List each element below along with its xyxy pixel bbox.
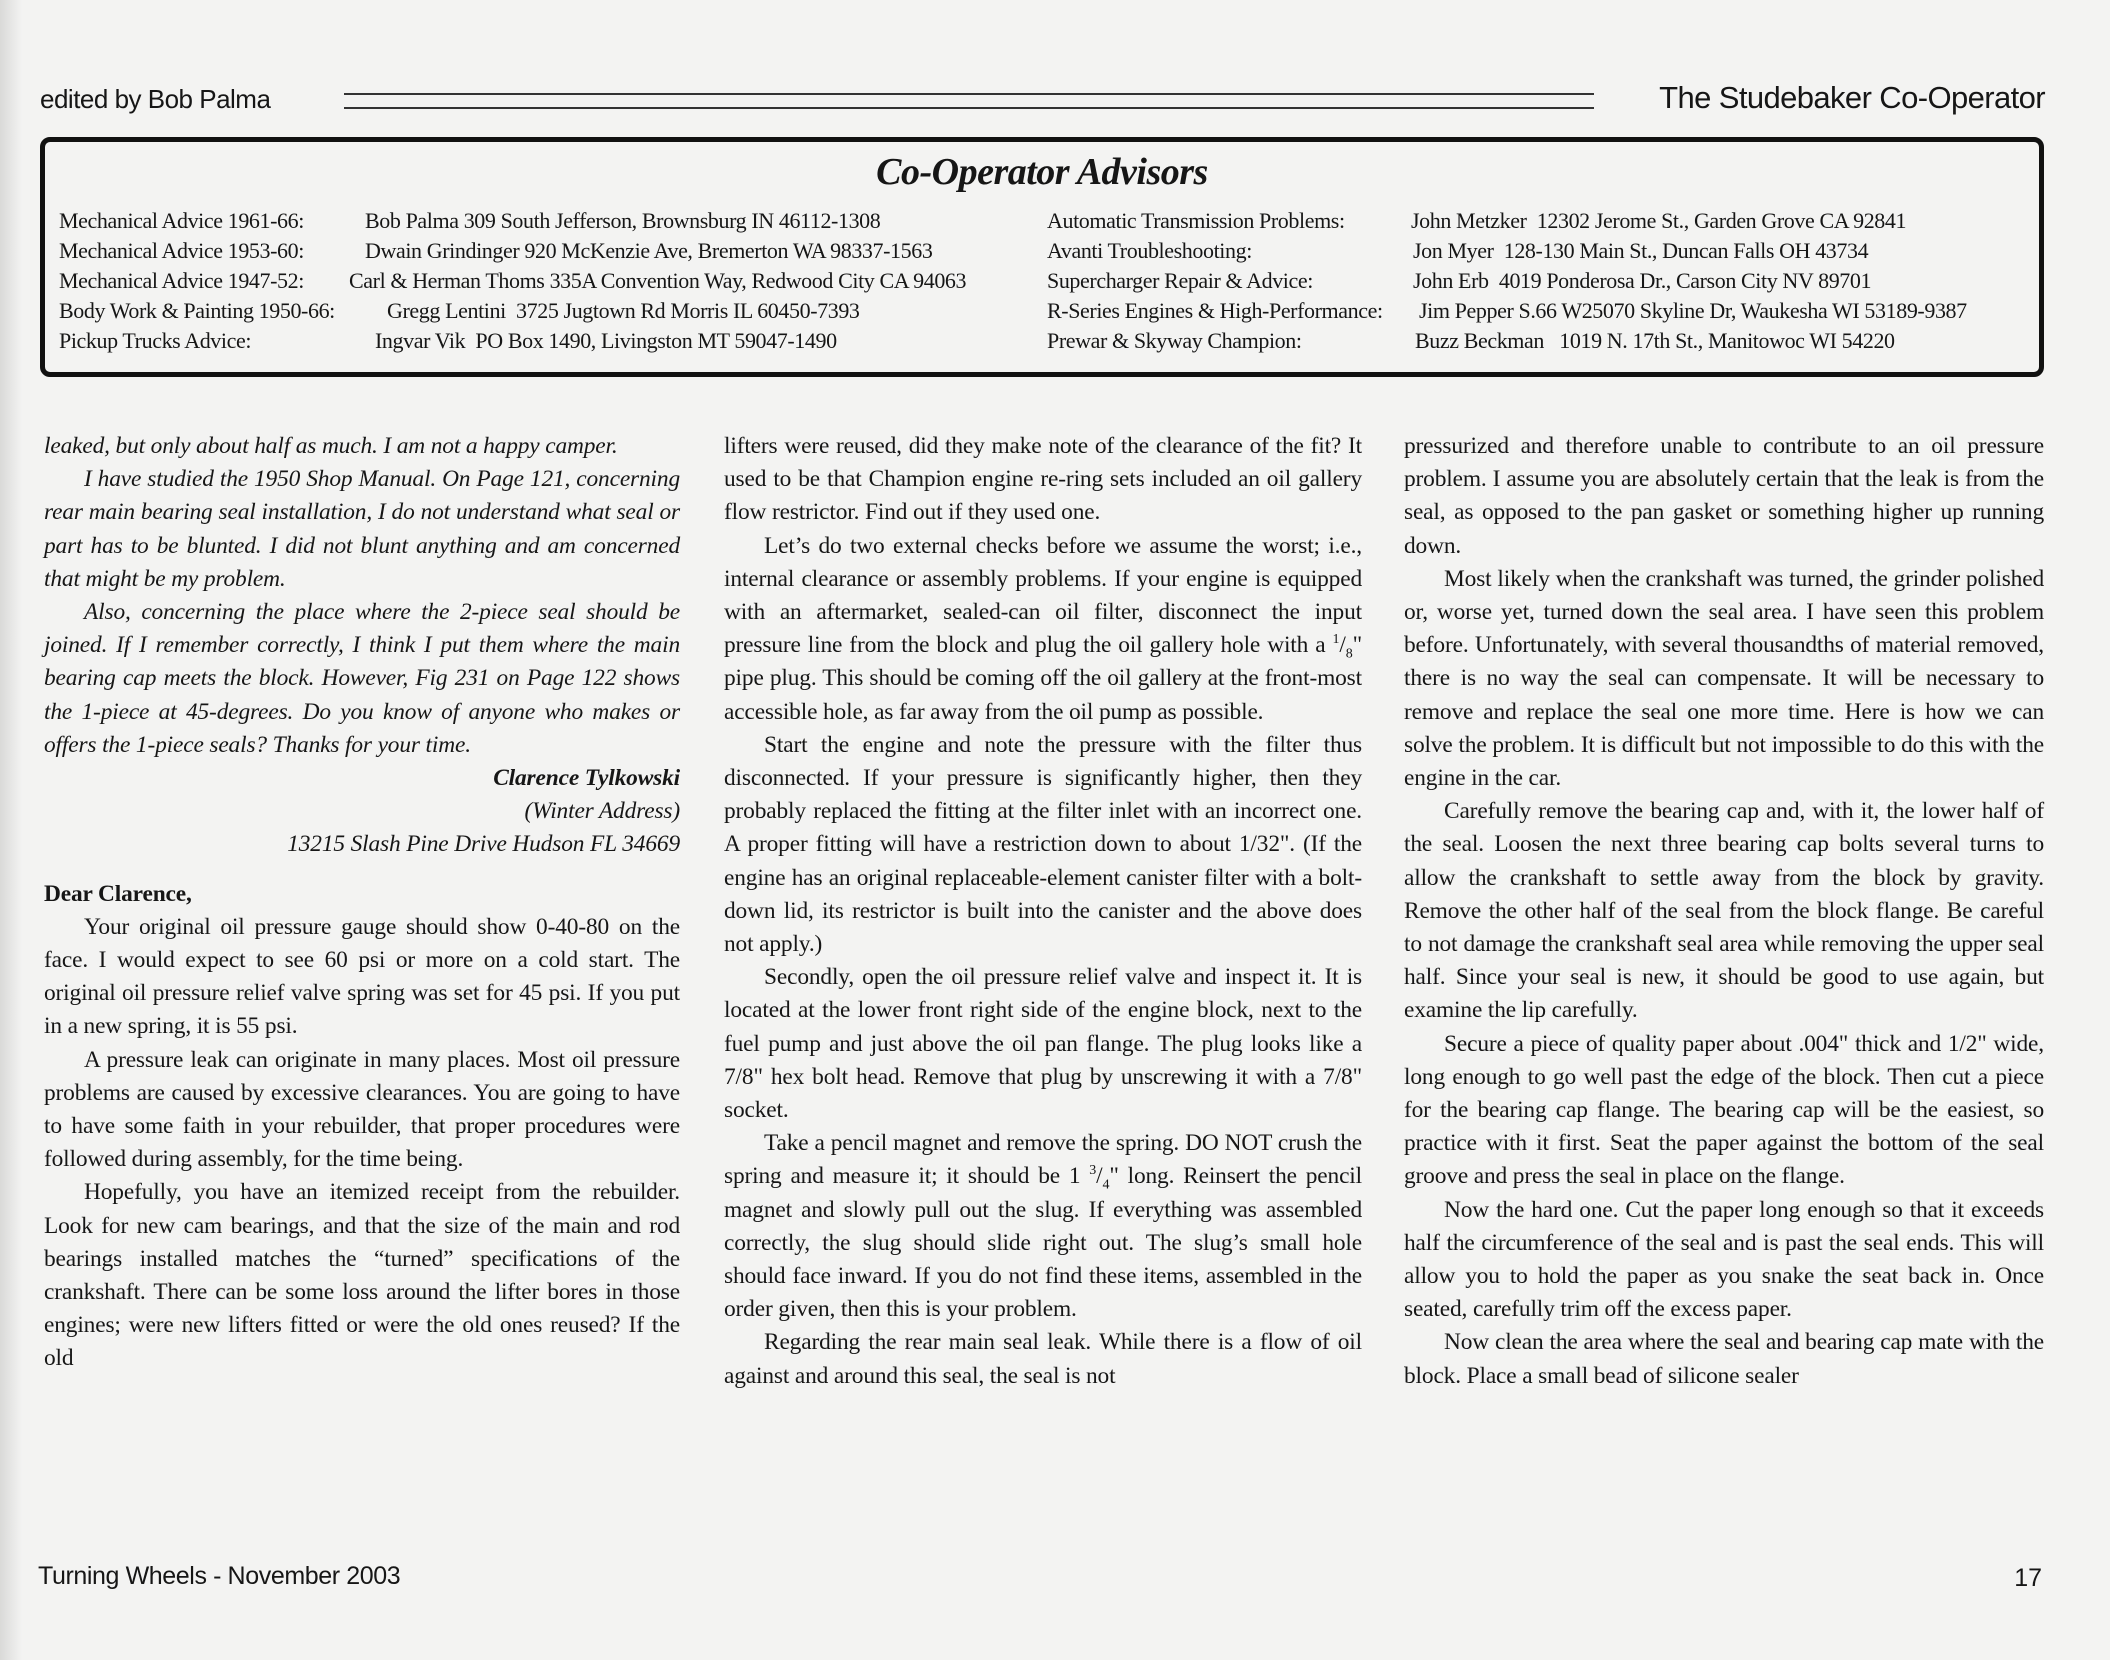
advisor-name: John Metzker: [1411, 208, 1527, 233]
advisor-row: Body Work & Painting 1950-66: Gregg Lent…: [59, 298, 335, 328]
advisor-name: Bob Palma: [365, 208, 459, 233]
advisor-address: 128-130 Main St., Duncan Falls OH 43734: [1504, 238, 1869, 263]
advisor-name: Buzz Beckman: [1415, 328, 1544, 353]
editor-credit: edited by Bob Palma: [40, 84, 270, 115]
advisor-name: John Erb: [1413, 268, 1489, 293]
advisors-box: Co-Operator Advisors Mechanical Advice 1…: [40, 137, 2044, 377]
reply-paragraph: Secure a piece of quality paper about .0…: [1404, 1028, 2044, 1194]
reader-letter: leaked, but only about half as much. I a…: [44, 430, 680, 862]
page-header: edited by Bob Palma The Studebaker Co-Op…: [40, 80, 2045, 120]
advisor-row: Automatic Transmission Problems: John Me…: [1047, 208, 1383, 238]
advisor-name: Gregg Lentini: [387, 298, 506, 323]
advisors-right-column: Automatic Transmission Problems: John Me…: [1047, 208, 1383, 358]
advisor-role: Mechanical Advice 1961-66:: [59, 208, 304, 234]
reply-paragraph: A pressure leak can originate in many pl…: [44, 1044, 680, 1177]
reply-paragraph: Most likely when the crankshaft was turn…: [1404, 563, 2044, 795]
advisor-address: 920 McKenzie Ave, Bremerton WA 98337-156…: [524, 238, 932, 263]
advisor-row: Avanti Troubleshooting: Jon Myer 128-130…: [1047, 238, 1383, 268]
reply-paragraph: pressurized and therefore unable to cont…: [1404, 430, 2044, 563]
reply-paragraph: Start the engine and note the pressure w…: [724, 729, 1362, 961]
letter-signature-note: (Winter Address): [44, 795, 680, 828]
text-column-1: leaked, but only about half as much. I a…: [44, 430, 680, 1376]
advisor-name: Ingvar Vik: [375, 328, 465, 353]
advisor-row: Mechanical Advice 1953-60: Dwain Grindin…: [59, 238, 335, 268]
reply-paragraph: Take a pencil magnet and remove the spri…: [724, 1127, 1362, 1326]
advisor-role: R-Series Engines & High-Performance:: [1047, 298, 1383, 324]
advisor-address: 12302 Jerome St., Garden Grove CA 92841: [1537, 208, 1906, 233]
footer-issue: Turning Wheels - November 2003: [38, 1562, 400, 1591]
advisor-name: Dwain Grindinger: [365, 238, 519, 263]
reply-paragraph: Regarding the rear main seal leak. While…: [724, 1326, 1362, 1392]
text-column-2: lifters were reused, did they make note …: [724, 430, 1362, 1393]
letter-paragraph: leaked, but only about half as much. I a…: [44, 430, 680, 463]
advisor-row: R-Series Engines & High-Performance: Jim…: [1047, 298, 1383, 328]
reply-salutation: Dear Clarence,: [44, 878, 680, 911]
reply-paragraph: Secondly, open the oil pressure relief v…: [724, 961, 1362, 1127]
advisor-role: Prewar & Skyway Champion:: [1047, 328, 1302, 354]
advisor-role: Body Work & Painting 1950-66:: [59, 298, 335, 324]
reply-paragraph: Carefully remove the bearing cap and, wi…: [1404, 795, 2044, 1027]
advisor-address: PO Box 1490, Livingston MT 59047-1490: [475, 328, 836, 353]
letter-paragraph: I have studied the 1950 Shop Manual. On …: [44, 463, 680, 596]
advisors-title: Co-Operator Advisors: [45, 150, 2039, 194]
reply-paragraph: Now clean the area where the seal and be…: [1404, 1326, 2044, 1392]
letter-paragraph: Also, concerning the place where the 2-p…: [44, 596, 680, 762]
advisor-role: Supercharger Repair & Advice:: [1047, 268, 1313, 294]
advisor-role: Mechanical Advice 1953-60:: [59, 238, 304, 264]
reply-paragraph: Let’s do two external checks before we a…: [724, 530, 1362, 729]
reply-paragraph: Now the hard one. Cut the paper long eno…: [1404, 1194, 2044, 1327]
page-edge-shadow: [0, 0, 22, 1660]
reply-paragraph: lifters were reused, did they make note …: [724, 430, 1362, 530]
advisor-address: 335A Convention Way, Redwood City CA 940…: [550, 268, 967, 293]
advisor-address: S.66 W25070 Skyline Dr, Waukesha WI 5318…: [1519, 298, 1967, 323]
advisor-address: 4019 Ponderosa Dr., Carson City NV 89701: [1499, 268, 1871, 293]
letter-signature-address: 13215 Slash Pine Drive Hudson FL 34669: [44, 828, 680, 861]
header-double-rule: [344, 93, 1594, 109]
reply-paragraph: Your original oil pressure gauge should …: [44, 911, 680, 1044]
advisor-address: 1019 N. 17th St., Manitowoc WI 54220: [1559, 328, 1894, 353]
advisor-row: Pickup Trucks Advice: Ingvar Vik PO Box …: [59, 328, 335, 358]
advisor-row: Prewar & Skyway Champion: Buzz Beckman 1…: [1047, 328, 1383, 358]
advisor-address: 309 South Jefferson, Brownsburg IN 46112…: [464, 208, 881, 233]
advisor-role: Pickup Trucks Advice:: [59, 328, 251, 354]
advisor-name: Carl & Herman Thoms: [349, 268, 544, 293]
advisor-row: Supercharger Repair & Advice: John Erb 4…: [1047, 268, 1383, 298]
advisor-role: Avanti Troubleshooting:: [1047, 238, 1252, 264]
advisor-row: Mechanical Advice 1947-52: Carl & Herman…: [59, 268, 335, 298]
advisor-address: 3725 Jugtown Rd Morris IL 60450-7393: [516, 298, 860, 323]
advisor-name: Jon Myer: [1413, 238, 1494, 263]
advisor-role: Automatic Transmission Problems:: [1047, 208, 1345, 234]
advisors-left-column: Mechanical Advice 1961-66: Bob Palma 309…: [59, 208, 335, 358]
reply-paragraph: Hopefully, you have an itemized receipt …: [44, 1176, 680, 1375]
advisor-role: Mechanical Advice 1947-52:: [59, 268, 304, 294]
column-title: The Studebaker Co-Operator: [1659, 80, 2045, 116]
advisor-row: Mechanical Advice 1961-66: Bob Palma 309…: [59, 208, 335, 238]
advisor-name: Jim Pepper: [1419, 298, 1513, 323]
page-number: 17: [2014, 1564, 2042, 1593]
text-column-3: pressurized and therefore unable to cont…: [1404, 430, 2044, 1393]
letter-signature-name: Clarence Tylkowski: [44, 762, 680, 795]
